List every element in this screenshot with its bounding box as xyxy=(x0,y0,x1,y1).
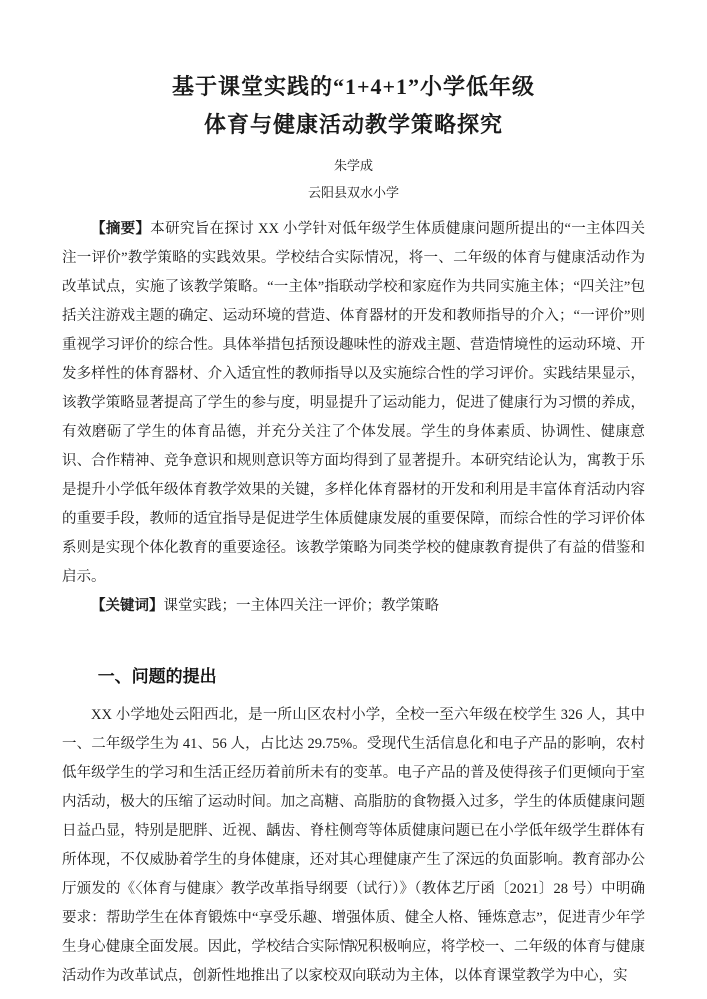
keywords-paragraph: 【关键词】课堂实践；一主体四关注一评价；教学策略 xyxy=(62,592,645,621)
page-content: 基于课堂实践的“1+4+1”小学低年级 体育与健康活动教学策略探究 朱学成 云阳… xyxy=(62,68,645,991)
abstract-paragraph: 【摘要】本研究旨在探讨 XX 小学针对低年级学生体质健康问题所提出的“一主体四关… xyxy=(62,215,645,592)
keywords-text: 课堂实践；一主体四关注一评价；教学策略 xyxy=(164,598,440,614)
author-name: 朱学成 xyxy=(62,156,645,176)
abstract-text: 本研究旨在探讨 XX 小学针对低年级学生体质健康问题所提出的“一主体四关注一评价… xyxy=(62,221,645,585)
document-page: 基于课堂实践的“1+4+1”小学低年级 体育与健康活动教学策略探究 朱学成 云阳… xyxy=(0,0,707,999)
paper-title-line1: 基于课堂实践的“1+4+1”小学低年级 xyxy=(62,68,645,106)
paper-title: 基于课堂实践的“1+4+1”小学低年级 体育与健康活动教学策略探究 xyxy=(62,68,645,144)
affiliation: 云阳县双水小学 xyxy=(62,183,645,203)
section-heading-1: 一、问题的提出 xyxy=(62,665,645,689)
paper-title-line2: 体育与健康活动教学策略探究 xyxy=(62,106,645,144)
keywords-label: 【关键词】 xyxy=(91,598,164,614)
page-number: - 1 - xyxy=(0,940,707,951)
abstract-label: 【摘要】 xyxy=(91,221,150,237)
